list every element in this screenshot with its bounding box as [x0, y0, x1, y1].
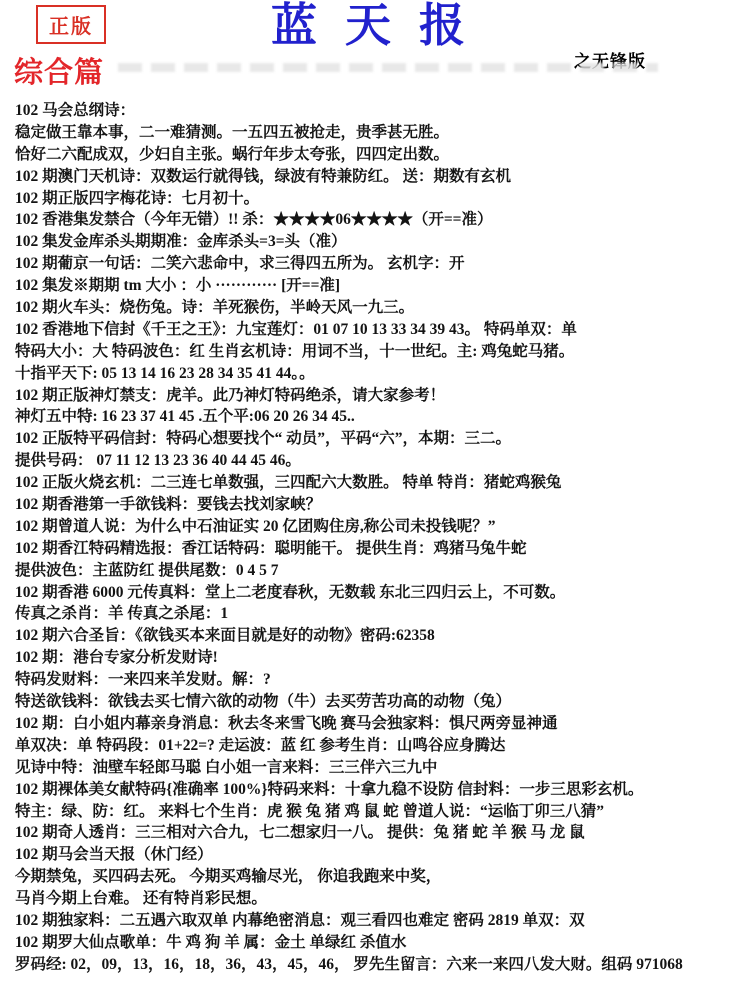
report-line: 恰好二六配成双，少妇自主张。蜗行年步太夸张，四四定出数。	[15, 144, 734, 166]
section-title: 综合篇	[14, 50, 104, 91]
report-line: 单双决：单 特码段：01+22=? 走运波：蓝 红 参考生肖：山鸣谷应身腾达	[15, 735, 734, 757]
report-line: 见诗中特：油壁车轻郎马聪 白小姐一言来料：三三伴六三九中	[15, 757, 734, 779]
report-body: 102 马会总纲诗： 稳定做王靠本事，二一难猜测。一五四五被抢走，贵季甚无胜。 …	[15, 100, 734, 976]
report-line: 102 期裸体美女献特码{准确率 100%}特码来料：十拿九稳不设防 信封料：一…	[15, 779, 734, 801]
report-line: 特码大小：大 特码波色：红 生肖玄机诗：用词不当，十一世纪。主: 鸡兔蛇马猪。	[15, 341, 734, 363]
report-line: 102 香港地下信封《千王之王》：九宝莲灯：01 07 10 13 33 34 …	[15, 319, 734, 341]
report-line: 特主：绿、防：红。 来料七个生肖：虎 猴 兔 猪 鸡 鼠 蛇 曾道人说：“运临丁…	[15, 801, 734, 823]
report-line: 罗码经: 02，09，13，16，18，36，43，45，46， 罗先生留言：六…	[15, 954, 734, 976]
report-line: 特码发财料：一来四来羊发财。解：?	[15, 669, 734, 691]
report-line: 102 期罗大仙点歌单：牛 鸡 狗 羊 属：金土 单绿红 杀值水	[15, 932, 734, 954]
report-line: 102 期正版四字梅花诗：七月初十。	[15, 188, 734, 210]
report-line: 102 期曾道人说：为什么中石油证实 20 亿团购住房,称公司未投钱呢？”	[15, 516, 734, 538]
report-line: 102 集发※期期 tm 大小 ：小 ············ [开==准]	[15, 275, 734, 297]
report-line: 102 期香港第一手欲钱料：要钱去找刘家峡？	[15, 494, 734, 516]
report-line: 今期禁兔，买四码去死。 今期买鸡输尽光， 你追我跑来中奖，	[15, 866, 734, 888]
report-line: 102 期六合圣旨：《欲钱买本来面目就是好的动物》密码:62358	[15, 625, 734, 647]
report-line: 102 期：港台专家分析发财诗!	[15, 647, 734, 669]
report-line: 102 香港集发禁合（今年无错）!! 杀：★★★★06★★★★（开==准）	[15, 209, 734, 231]
report-line: 102 马会总纲诗：	[15, 100, 734, 122]
report-line: 102 期香江特码精选报：香江话特码：聪明能干。 提供生肖：鸡猪马兔牛蛇	[15, 538, 734, 560]
report-line: 102 期马会当天报（休门经）	[15, 844, 734, 866]
report-line: 102 正版特平码信封：特码心想要找个“ 动员”，平码“六”，本期：三二。	[15, 428, 734, 450]
report-line: 102 正版火烧玄机：二三连七单数强，三四配六大数胜。 特单 特肖：猪蛇鸡猴兔	[15, 472, 734, 494]
lottery-report-page: 正版 蓝天报 之无锋版 综合篇 102 马会总纲诗： 稳定做王靠本事，二一难猜测…	[0, 0, 736, 990]
report-line: 102 期葡京一句话：二笑六悲命中，求三得四五所为。 玄机字：开	[15, 253, 734, 275]
report-line: 传真之杀肖：羊 传真之杀尾：1	[15, 603, 734, 625]
report-line: 神灯五中特: 16 23 37 41 45 .五个平:06 20 26 34 4…	[15, 406, 734, 428]
report-line: 特送欲钱料：欲钱去买七情六欲的动物（牛）去买劳苦功高的动物（兔）	[15, 691, 734, 713]
report-line: 提供波色：主蓝防红 提供尾数：0 4 5 7	[15, 560, 734, 582]
report-line: 102 期正版神灯禁支：虎羊。此乃神灯特码绝杀，请大家参考！	[15, 385, 734, 407]
report-line: 102 集发金库杀头期期准：金库杀头=3=头（准）	[15, 231, 734, 253]
report-line: 稳定做王靠本事，二一难猜测。一五四五被抢走，贵季甚无胜。	[15, 122, 734, 144]
report-line: 102 期独家料：二五遇六取双单 内幕绝密消息：观三看四也难定 密码 2819 …	[15, 910, 734, 932]
faded-print-artifact	[118, 63, 658, 72]
report-line: 十指平天下: 05 13 14 16 23 28 34 35 41 44。。	[15, 363, 734, 385]
report-line: 102 期奇人透肖：三三相对六合九，七二想家归一八。 提供：兔 猪 蛇 羊 猴 …	[15, 822, 734, 844]
report-line: 马肖今期上台难。 还有特肖彩民想。	[15, 888, 734, 910]
report-line: 102 期：白小姐内幕亲身消息：秋去冬来雪飞晚 赛马会独家料：惧尺两旁显神通	[15, 713, 734, 735]
page-title: 蓝天报	[0, 0, 736, 52]
report-line: 102 期火车头：烧伤兔。诗：羊死猴伤，半岭天风一九三。	[15, 297, 734, 319]
report-line: 102 期澳门天机诗：双数运行就得钱，绿波有特兼防红。 送：期数有玄机	[15, 166, 734, 188]
report-line: 102 期香港 6000 元传真料：堂上二老度春秋，无数载 东北三四归云上，不可…	[15, 582, 734, 604]
report-line: 提供号码： 07 11 12 13 23 36 40 44 45 46。	[15, 450, 734, 472]
